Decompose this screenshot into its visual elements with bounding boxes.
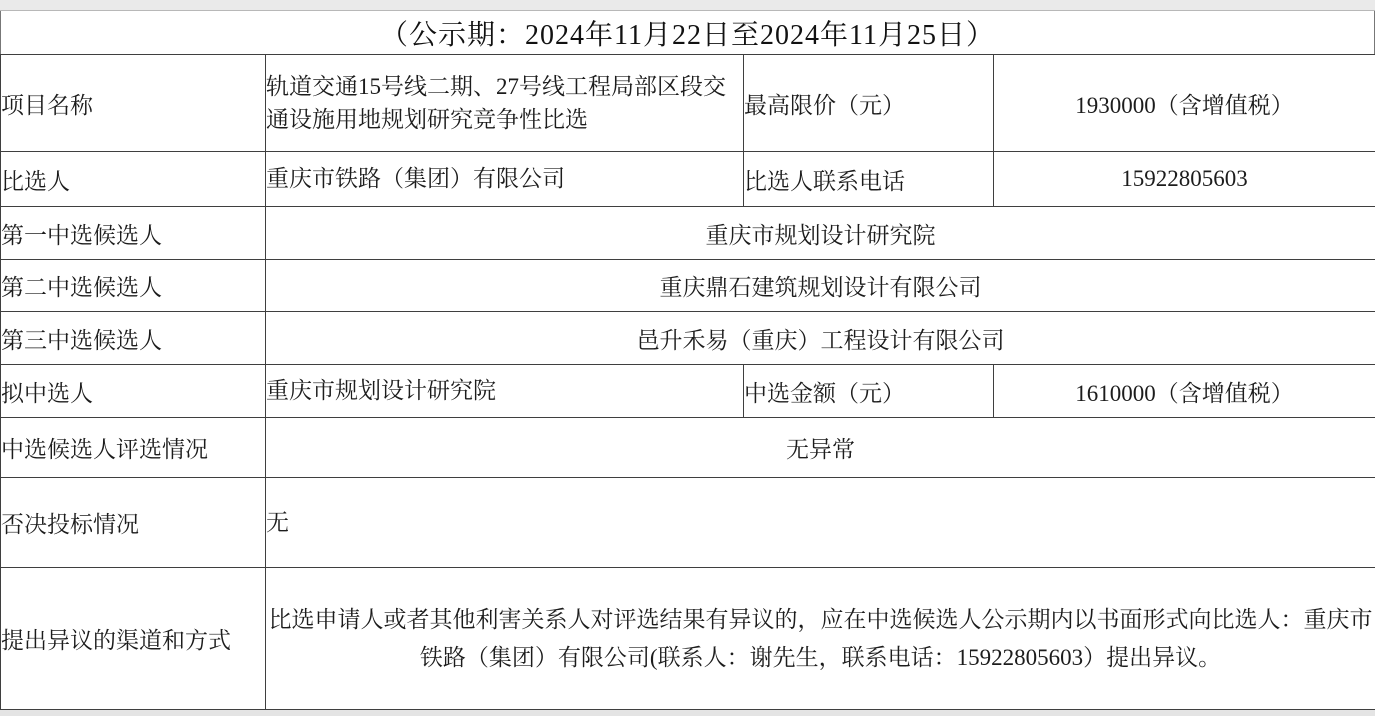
max-price-value: 1930000（含增值税） [994,55,1375,152]
selector-phone-label: 比选人联系电话 [744,152,994,207]
row-selector: 比选人 重庆市铁路（集团）有限公司 比选人联系电话 15922805603 [1,152,1375,207]
publicity-period-text: （公示期：2024年11月22日至2024年11月25日） [380,13,995,53]
top-margin-strip [0,0,1375,11]
row-evaluation-status: 中选候选人评选情况 无异常 [1,418,1375,478]
proposed-winner-label: 拟中选人 [1,365,266,418]
row-second-candidate: 第二中选候选人 重庆鼎石建筑规划设计有限公司 [1,260,1375,312]
row-third-candidate: 第三中选候选人 邑升禾易（重庆）工程设计有限公司 [1,312,1375,365]
first-candidate-value: 重庆市规划设计研究院 [266,207,1375,260]
second-candidate-value: 重庆鼎石建筑规划设计有限公司 [266,260,1375,312]
bid-result-notice-document: （公示期：2024年11月22日至2024年11月25日） 项目名称 轨道交通1… [0,0,1375,716]
row-rejection-status: 否决投标情况 无 [1,478,1375,568]
row-objection-channel: 提出异议的渠道和方式 比选申请人或者其他利害关系人对评选结果有异议的，应在中选候… [1,568,1375,710]
project-name-value: 轨道交通15号线二期、27号线工程局部区段交通设施用地规划研究竞争性比选 [266,55,744,152]
proposed-winner-value: 重庆市规划设计研究院 [266,365,744,418]
selector-label: 比选人 [1,152,266,207]
selector-phone-value: 15922805603 [994,152,1375,207]
objection-channel-value: 比选申请人或者其他利害关系人对评选结果有异议的，应在中选候选人公示期内以书面形式… [266,568,1375,710]
project-name-label: 项目名称 [1,55,266,152]
second-candidate-label: 第二中选候选人 [1,260,266,312]
bottom-margin-strip [0,710,1375,716]
evaluation-status-value: 无异常 [266,418,1375,478]
winning-amount-value: 1610000（含增值税） [994,365,1375,418]
selector-value: 重庆市铁路（集团）有限公司 [266,152,744,207]
winning-amount-label: 中选金额（元） [744,365,994,418]
max-price-label: 最高限价（元） [744,55,994,152]
row-project-name: 项目名称 轨道交通15号线二期、27号线工程局部区段交通设施用地规划研究竞争性比… [1,55,1375,152]
third-candidate-value: 邑升禾易（重庆）工程设计有限公司 [266,312,1375,365]
objection-channel-label: 提出异议的渠道和方式 [1,568,266,710]
evaluation-status-label: 中选候选人评选情况 [1,418,266,478]
bid-result-table: 项目名称 轨道交通15号线二期、27号线工程局部区段交通设施用地规划研究竞争性比… [0,54,1375,710]
rejection-status-label: 否决投标情况 [1,478,266,568]
rejection-status-value: 无 [266,478,1375,568]
publicity-period-header: （公示期：2024年11月22日至2024年11月25日） [0,11,1375,54]
first-candidate-label: 第一中选候选人 [1,207,266,260]
third-candidate-label: 第三中选候选人 [1,312,266,365]
row-proposed-winner: 拟中选人 重庆市规划设计研究院 中选金额（元） 1610000（含增值税） [1,365,1375,418]
row-first-candidate: 第一中选候选人 重庆市规划设计研究院 [1,207,1375,260]
